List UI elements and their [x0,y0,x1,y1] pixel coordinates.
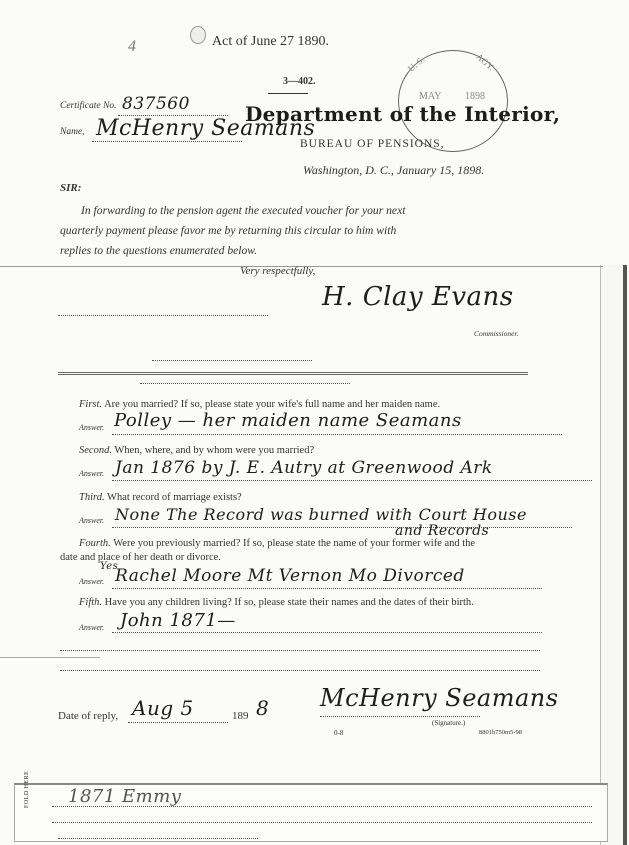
question-third: Third. What record of marriage exists? [79,492,242,503]
answer-second: Jan 1876 by J. E. Autry at Greenwood Ark [115,458,493,478]
blank-answer-line [60,650,540,651]
reply-month-day: Aug 5 [132,696,194,720]
lower-sheet-handwriting: 1871 Emmy [68,786,181,807]
body-line-1: In forwarding to the pension agent the e… [81,204,405,217]
fold-here-label: FOLD HERE [24,771,30,808]
blank-line-2 [152,360,312,361]
under-sheet-right-edge [600,265,627,845]
reply-year-prefix: 189 [232,710,249,722]
commissioner-title: Commissioner. [474,329,518,338]
certificate-value: 837560 [122,94,190,114]
closing: Very respectfully, [240,265,315,277]
answer-label: Answer. [79,623,104,632]
section-divider [58,372,528,375]
answer-third: None The Record was burned with Court Ho… [115,505,527,524]
question-text: What record of marriage exists? [107,492,242,503]
question-text: When, where, and by whom were you marrie… [114,445,314,456]
stamp-year: 1898 [465,91,485,102]
answer-fourth: Rachel Moore Mt Vernon Mo Divorced [115,566,465,586]
question-fourth-line-2: date and place of her death or divorce. [60,552,221,563]
answer-label: Answer. [79,577,104,586]
question-ordinal: Second. [79,445,112,456]
reply-year-suffix: 8 [256,696,269,720]
blank-answer-line [60,670,540,671]
form-number-underline [268,93,308,94]
place-date: Washington, D. C., January 15, 1898. [303,163,484,178]
postmark-stamp: U. S. AGY. MAY 1898 [398,50,508,152]
name-line [92,141,242,142]
stamp-arc-left: U. S. [406,54,426,73]
act-title: Act of June 27 1890. [212,34,329,50]
answer-third-line-2: and Records [395,523,489,539]
name-value: McHenry Seamans [96,116,315,141]
blank-line-1 [58,315,268,316]
bureau-title: BUREAU OF PENSIONS, [300,138,445,150]
answer-line [112,480,592,481]
answer-label: Answer. [79,516,104,525]
question-text: Are you married? If so, please state you… [104,399,440,410]
stamp-arc-right: AGY. [474,52,496,73]
question-ordinal: Third. [79,492,105,503]
question-text: Were you previously married? If so, plea… [113,538,475,549]
certificate-label: Certificate No. [60,101,116,111]
question-second: Second. When, where, and by whom were yo… [79,445,314,456]
answer-label: Answer. [79,423,104,432]
punch-hole [190,26,206,44]
form-number: 3—402. [283,76,316,87]
question-text: Have you any children living? If so, ple… [105,597,474,608]
code-left: 0-8 [334,729,343,737]
question-ordinal: Fourth. [79,538,111,549]
salutation: SIR: [60,182,81,194]
answer-line [112,632,542,633]
margin-mark: 4 [128,38,136,56]
lower-line-3 [58,838,258,839]
reply-date-label: Date of reply, [58,710,118,722]
question-fourth: Fourth. Were you previously married? If … [79,538,475,549]
answer-line [112,527,572,528]
blank-line-4 [140,383,350,384]
answer-label: Answer. [79,469,104,478]
answer-line [112,434,562,435]
name-label: Name, [60,127,85,137]
lower-line-2 [52,822,592,823]
stamp-month: MAY [419,91,441,102]
signature-label: (Signature.) [432,719,465,727]
answer-fifth: John 1871— [120,610,236,631]
signature-line [320,716,480,717]
answer-first: Polley — her maiden name Seamans [114,410,462,431]
reply-date-line [128,722,228,723]
question-ordinal: First. [79,399,102,410]
question-first: First. Are you married? If so, please st… [79,399,440,410]
answer-line [112,588,542,589]
under-sheet-fold [0,657,100,658]
commissioner-signature: H. Clay Evans [322,282,514,312]
question-ordinal: Fifth. [79,597,102,608]
applicant-signature: McHenry Seamans [320,684,559,712]
body-line-3: replies to the questions enumerated belo… [60,244,257,257]
code-right: 8801b750m5-98 [479,729,522,736]
body-line-2: quarterly payment please favor me by ret… [60,224,396,237]
question-fifth: Fifth. Have you any children living? If … [79,597,474,608]
